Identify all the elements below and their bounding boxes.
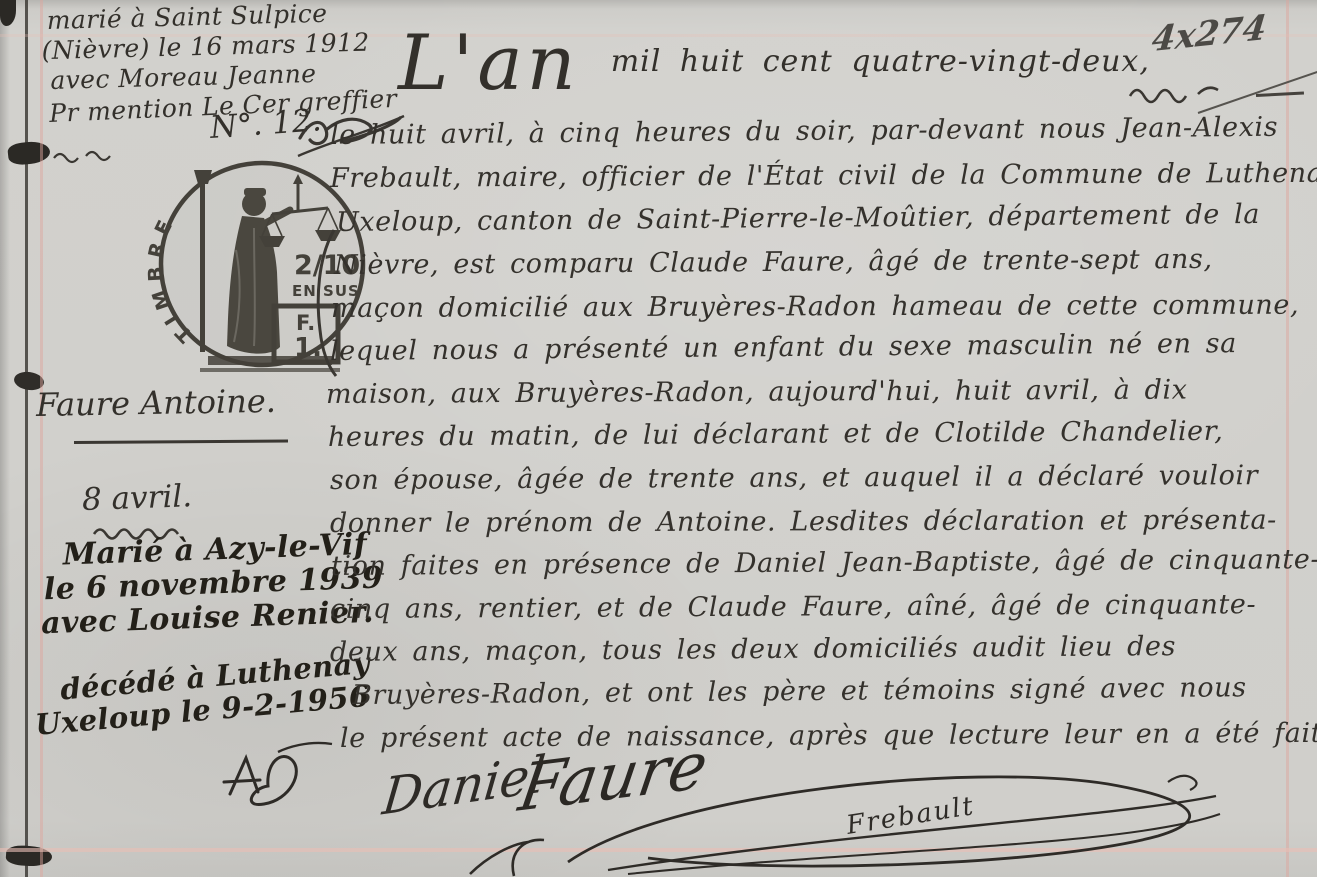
- margin-mention-death: décédé à Luthenay Uxeloup le 9-2-1956: [31, 647, 374, 742]
- body-line-14: deux ans, maçon, tous les deux domicilié…: [330, 631, 1176, 668]
- corner-ink-mark: [0, 0, 16, 26]
- body-line-10: son épouse, âgée de trente ans, et auque…: [330, 460, 1258, 496]
- body-line-1: mil huit cent quatre-vingt-deux,: [611, 44, 1150, 79]
- death-mention-paraph: [212, 742, 312, 812]
- signature-mayor-flourish: Frebault: [548, 762, 1248, 877]
- body-opening-line: L'an mil huit cent quatre-vingt-deux,: [398, 18, 1150, 107]
- name-underline: [74, 440, 288, 444]
- binding-edge-line: [25, 0, 28, 877]
- body-line-15: Bruyères-Radon, et ont les père et témoi…: [352, 672, 1247, 711]
- body-line-16: le présent acte de naissance, après que …: [340, 718, 1317, 754]
- body-line-2: le huit avril, à cinq heures du soir, pa…: [330, 112, 1278, 151]
- body-line-7: lequel nous a présenté un enfant du sexe…: [330, 328, 1237, 367]
- margin-child-name: Faure Antoine.: [36, 382, 277, 424]
- body-line-9: heures du matin, de lui déclarant et de …: [328, 416, 1224, 453]
- folio-number: 4x274: [1150, 8, 1269, 61]
- stamp-value-letter: F.: [296, 311, 315, 335]
- opening-word: L'an: [398, 18, 580, 107]
- binding-edge-shadow: [0, 0, 10, 877]
- body-line-12: tion faites en présence de Daniel Jean-B…: [331, 544, 1317, 582]
- margin-date: 8 avril.: [81, 478, 192, 518]
- body-line-8: maison, aux Bruyères-Radon, aujourd'hui,…: [326, 374, 1188, 410]
- body-line-11: donner le prénom de Antoine. Lesdites dé…: [330, 505, 1277, 539]
- scanned-birth-record: 4x274 marié à Saint Sulpice (Nièvre) le …: [0, 0, 1317, 877]
- body-line-6: maçon domicilié aux Bruyères-Radon hamea…: [331, 290, 1299, 324]
- body-line-5: Nièvre, est comparu Claude Faure, âgé de…: [334, 244, 1213, 281]
- body-line-3: Frebault, maire, officier de l'État civi…: [330, 158, 1317, 194]
- body-line-13: cinq ans, rentier, et de Claude Faure, a…: [330, 589, 1256, 625]
- body-line-4: Uxeloup, canton de Saint-Pierre-le-Moûti…: [336, 199, 1260, 238]
- margin-squiggle-small: [52, 148, 122, 164]
- signature-mayor-name: Frebault: [843, 791, 977, 841]
- bottom-cutoff-signature: [468, 836, 628, 877]
- line-filler-dash: [1256, 91, 1304, 97]
- left-margin-rule: [40, 0, 43, 877]
- binding-stitch-top: [7, 140, 51, 166]
- line1-filler-squiggle: [1128, 80, 1238, 104]
